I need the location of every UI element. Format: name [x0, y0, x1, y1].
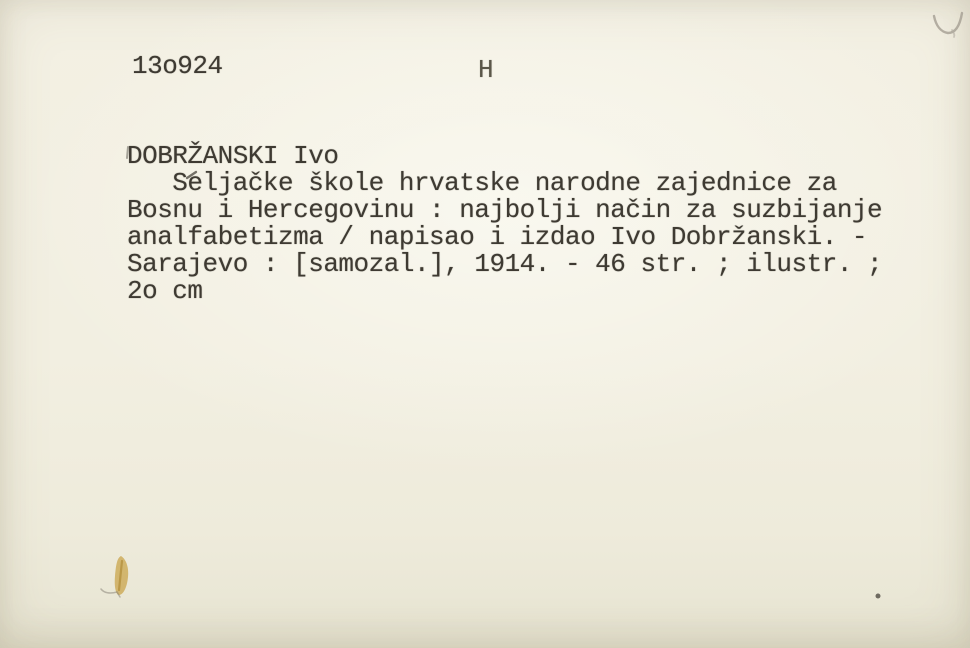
scan-marks-overlay [0, 0, 970, 648]
pencil-scribble-mark [952, 30, 954, 37]
catalog-card: 13o924 H DOBRŽANSKI Ivo Seljačke škole h… [0, 0, 970, 648]
entry-line: Sarajevo : [samozal.], 1914. - 46 str. ;… [127, 251, 882, 278]
entry-line: Seljačke škole hrvatske narodne zajednic… [127, 170, 882, 197]
yellow-smudge-mark [119, 561, 122, 590]
author-heading: DOBRŽANSKI Ivo [127, 143, 882, 170]
call-number: 13o924 [132, 53, 223, 80]
pencil-scribble-mark [934, 13, 962, 33]
entry-line: Bosnu i Hercegovinu : najbolji način za … [127, 197, 882, 224]
yellow-smudge-mark [101, 589, 120, 597]
classification-letter: H [478, 57, 493, 84]
entry-line: analfabetizma / napisao i izdao Ivo Dobr… [127, 224, 882, 251]
entry-line: 2o cm [127, 278, 882, 305]
yellow-smudge-mark [115, 556, 128, 595]
dark-speck-mark [876, 594, 881, 599]
catalog-entry: DOBRŽANSKI Ivo Seljačke škole hrvatske n… [127, 143, 882, 305]
